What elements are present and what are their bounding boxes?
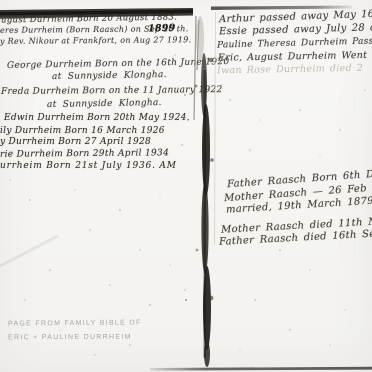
- record-line-essie-death: Essie passed away July 28 at 10: [219, 23, 372, 38]
- record-line-freda-birth: Freda Durrheim Born on the 11 January 19…: [1, 86, 223, 97]
- document-scan: ugust Durrheim Born 20 August 1883. eres…: [0, 0, 372, 372]
- record-line-eric-death: Eric, August Durrheim Went home: [218, 50, 372, 63]
- record-line-ily-birth: ily Durrheim Born 16 March 1926: [0, 127, 165, 136]
- record-line-marriage: y Rev. Nikour at Frankfort, on Aug 27 19…: [0, 36, 191, 46]
- record-line-faded-death: Iwan Rose Durrheim died 2: [217, 64, 363, 76]
- record-line-george-birth: George Durrheim Born on the 16th June 19…: [7, 58, 230, 71]
- record-line-place-1: at Sunnyside Klongha.: [52, 71, 167, 82]
- record-line-y-birth: y Durrheim Born 27 April 1928: [0, 138, 151, 147]
- pencil-note-line-2: ERIC + PAULINE DURRHEIM: [8, 334, 132, 342]
- record-line-1936-birth: urrheim Born 21st July 1936. AM: [0, 162, 177, 171]
- scan-edge-bottom: [150, 367, 372, 371]
- record-line-edwin-birth: Edwin Durrheim Born 20th May 1924.: [4, 114, 190, 123]
- record-line-place-2: at Sunnyside Klongha.: [47, 99, 162, 110]
- pencil-note-line-1: PAGE FROM FAMILY BIBLE OF: [8, 319, 142, 327]
- smudge-line: [0, 236, 58, 268]
- record-line-rie-birth: rie Durrheim Born 29th April 1934: [0, 149, 169, 159]
- record-line-pauline-death: Pauline Theresa Durrheim Passed away: [217, 36, 372, 50]
- overwritten-year: 1899: [148, 24, 176, 34]
